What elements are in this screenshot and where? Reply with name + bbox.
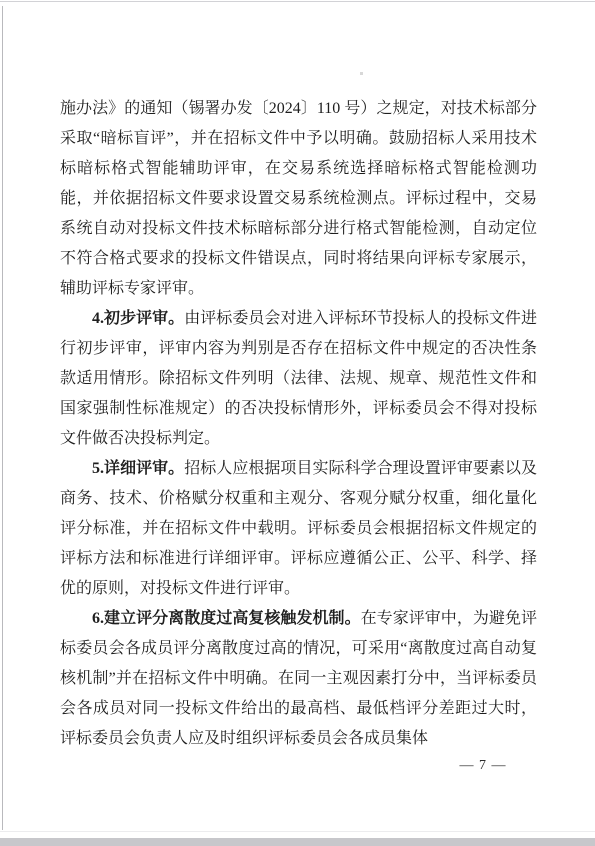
paragraph-text: 由评标委员会对进入评标环节投标人的投标文件进行初步评审，评审内容为判别是否存在招… xyxy=(60,310,537,447)
page-edge-bottom-line xyxy=(0,831,595,832)
scanner-background-strip xyxy=(0,838,595,846)
paragraph-text: 在专家评审中，为避免评标委员会各成员评分离散度过高的情况，可采用“离散度过高自动… xyxy=(60,610,537,747)
document-text-block: 施办法》的通知（锡署办发〔2024〕110 号）之规定，对技术标部分采取“暗标盲… xyxy=(60,94,537,754)
paragraph-item-5: 5.详细评审。招标人应根据项目实际科学合理设置评审要素以及商务、技术、价格赋分权… xyxy=(60,454,537,604)
document-page: 施办法》的通知（锡署办发〔2024〕110 号）之规定，对技术标部分采取“暗标盲… xyxy=(0,0,595,838)
paragraph-lead: 4.初步评审。 xyxy=(92,310,184,327)
paragraph-text: 招标人应根据项目实际科学合理设置评审要素以及商务、技术、价格赋分权重和主观分、客… xyxy=(60,460,537,597)
page-edge-top-line xyxy=(0,1,595,2)
paragraph-item-4: 4.初步评审。由评标委员会对进入评标环节投标人的投标文件进行初步评审，评审内容为… xyxy=(60,304,537,454)
paragraph-text: 施办法》的通知（锡署办发〔2024〕110 号）之规定，对技术标部分采取“暗标盲… xyxy=(60,100,537,297)
paragraph-continuation: 施办法》的通知（锡署办发〔2024〕110 号）之规定，对技术标部分采取“暗标盲… xyxy=(60,94,537,304)
scan-speck xyxy=(360,72,363,75)
paragraph-lead: 6.建立评分离散度过高复核触发机制。 xyxy=(92,610,361,627)
page-edge-left-line xyxy=(2,6,3,830)
page-number: — 7 — xyxy=(442,756,524,776)
paragraph-lead: 5.详细评审。 xyxy=(92,460,184,477)
paragraph-item-6: 6.建立评分离散度过高复核触发机制。在专家评审中，为避免评标委员会各成员评分离散… xyxy=(60,604,537,754)
